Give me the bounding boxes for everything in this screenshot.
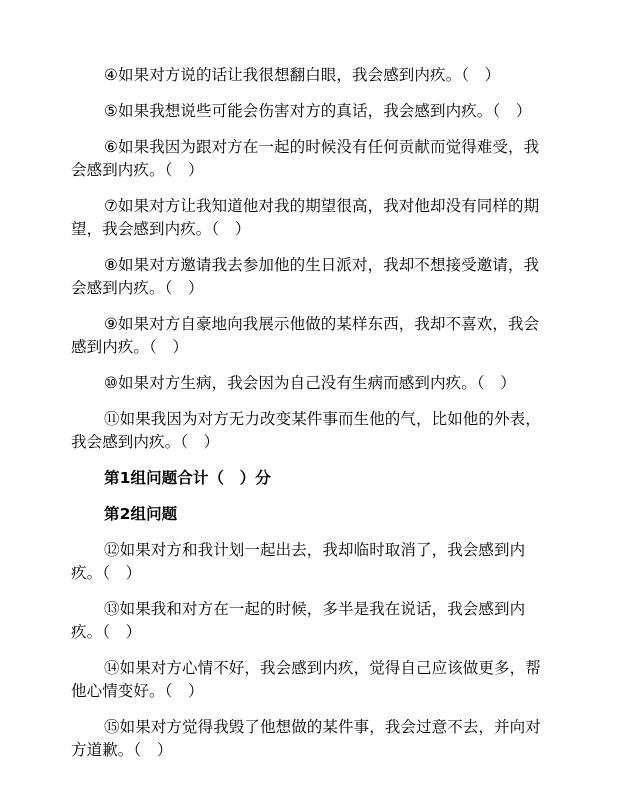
question-6: ⑥如果我因为跟对方在一起的时候没有任何贡献而觉得难受，我会感到内疚。（ ） [71, 136, 551, 182]
question-7: ⑦如果对方让我知道他对我的期望很高，我对他却没有同样的期望，我会感到内疚。（ ） [71, 195, 551, 241]
question-15: ⑮如果对方觉得我毁了他想做的某件事，我会过意不去，并向对方道歉。（ ） [71, 716, 551, 762]
question-14: ⑭如果对方心情不好，我会感到内疚，觉得自己应该做更多，帮他心情变好。（ ） [71, 657, 551, 703]
question-13: ⑬如果我和对方在一起的时候，多半是我在说话，我会感到内疚。（ ） [71, 598, 551, 644]
question-11: ⑪如果我因为对方无力改变某件事而生他的气，比如他的外表，我会感到内疚。（ ） [71, 408, 551, 454]
question-10: ⑩如果对方生病，我会因为自己没有生病而感到内疚。（ ） [71, 372, 551, 395]
question-8: ⑧如果对方邀请我去参加他的生日派对，我却不想接受邀请，我会感到内疚。（ ） [71, 254, 551, 300]
question-12: ⑫如果对方和我计划一起出去，我却临时取消了，我会感到内疚。（ ） [71, 539, 551, 585]
group-2-heading: 第2组问题 [71, 503, 551, 526]
document-page: ④如果对方说的话让我很想翻白眼，我会感到内疚。（ ） ⑤如果我想说些可能会伤害对… [71, 64, 551, 775]
question-4: ④如果对方说的话让我很想翻白眼，我会感到内疚。（ ） [71, 64, 551, 87]
question-5: ⑤如果我想说些可能会伤害对方的真话，我会感到内疚。（ ） [71, 100, 551, 123]
group-1-total: 第1组问题合计（ ）分 [71, 467, 551, 490]
question-9: ⑨如果对方自豪地向我展示他做的某样东西，我却不喜欢，我会感到内疚。（ ） [71, 313, 551, 359]
